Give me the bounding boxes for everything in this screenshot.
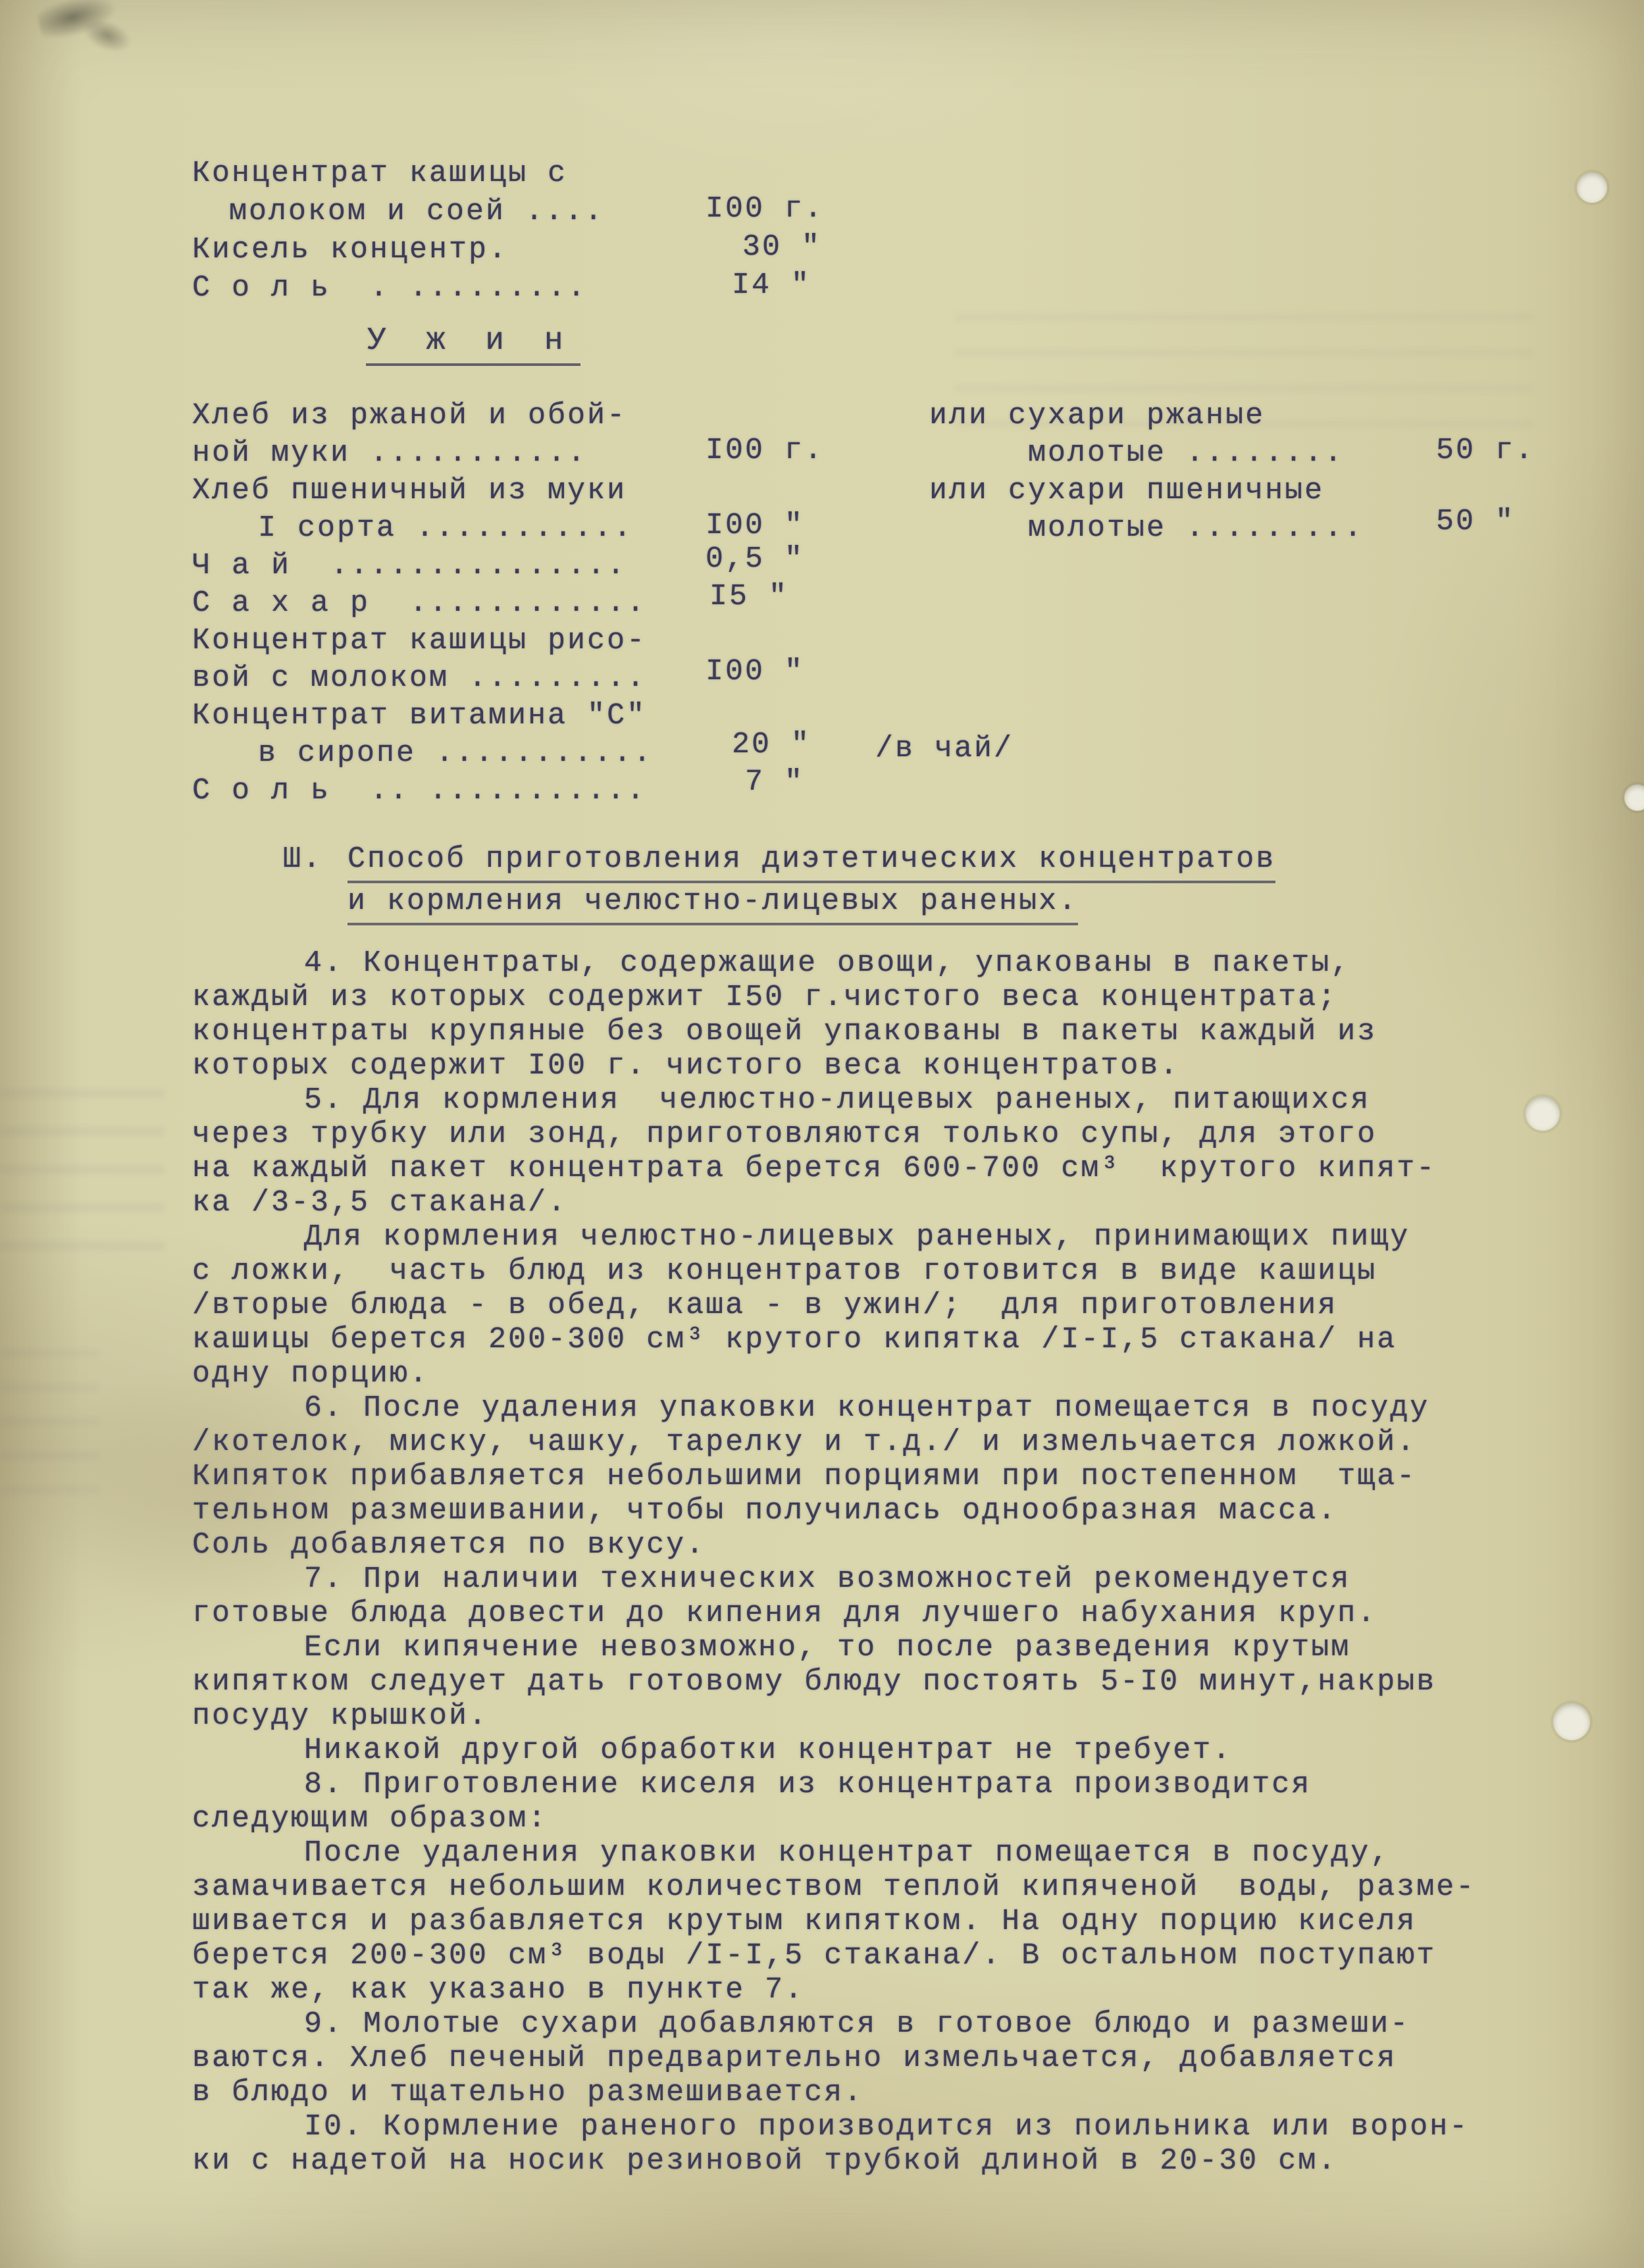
ration-value: 50 " [1436, 505, 1515, 539]
paragraph-line: Никакой другой обработки концентрат не т… [192, 1734, 1614, 1768]
paragraph-line: /вторые блюда - в обед, каша - в ужин/; … [192, 1289, 1614, 1323]
paragraph-line: так же, как указано в пункте 7. [192, 1973, 1614, 2007]
section-title-line: и кормления челюстно-лицевых раненых. [347, 885, 1078, 925]
paragraph-line: 8. Приготовление киселя из концентрата п… [192, 1768, 1614, 1802]
paragraph-line: берется 200-300 см³ воды /I-I,5 стакана/… [192, 1939, 1614, 1973]
paragraph-line: шивается и разбавляется крутым кипятком.… [192, 1905, 1614, 1939]
paragraph-line: Кипяток прибавляется небольшими порциями… [192, 1460, 1614, 1494]
paragraph-line: ки с надетой на носик резиновой трубкой … [192, 2144, 1614, 2178]
paragraph-line: каждый из которых содержит I50 г.чистого… [192, 981, 1614, 1015]
ration-line: С а х а р ............ [192, 586, 646, 621]
ration-line: I сорта ........... [258, 511, 633, 546]
supper-heading: У ж и н [366, 324, 580, 366]
ration-line: или сухари пшеничные [929, 474, 1324, 508]
paragraph: 7. При наличии технических возможностей … [192, 1562, 1614, 1631]
paragraph-line: концентраты крупяные без овощей упакован… [192, 1015, 1614, 1049]
paragraph-line: 4. Концентраты, содержащие овощи, упаков… [192, 946, 1614, 981]
paragraph-line: 9. Молотые сухари добавляются в готовое … [192, 2007, 1614, 2042]
paragraph: Никакой другой обработки концентрат не т… [192, 1734, 1614, 1768]
ration-line: ной муки ........... [192, 436, 587, 471]
paragraph: После удаления упаковки концентрат помещ… [192, 1836, 1614, 2007]
ration-value: 20 " [732, 728, 811, 762]
ration-line: вой с молоком ......... [192, 661, 646, 696]
bleedthrough-smudge [0, 1066, 165, 1250]
paragraph-line: ваются. Хлеб печеный предварительно изме… [192, 2042, 1614, 2076]
paragraph-line: следующим образом: [192, 1802, 1614, 1836]
ration-value: 30 " [742, 230, 821, 265]
ration-line: молоком и соей .... [229, 195, 604, 229]
paragraph-line: готовые блюда довести до кипения для луч… [192, 1597, 1614, 1631]
ration-note: /в чай/ [875, 732, 1014, 766]
paragraph-line: Если кипячение невозможно, то после разв… [192, 1631, 1614, 1665]
scanned-document-page: Концентрат кашицы с молоком и соей .... … [0, 0, 1644, 2268]
ration-value: 7 " [745, 765, 804, 800]
paragraph: Если кипячение невозможно, то после разв… [192, 1631, 1614, 1734]
paragraph-line: I0. Кормление раненого производится из п… [192, 2110, 1614, 2144]
paragraph-line: на каждый пакет концентрата берется 600-… [192, 1152, 1614, 1186]
ration-value: 50 г. [1436, 434, 1535, 468]
paragraph: I0. Кормление раненого производится из п… [192, 2110, 1614, 2178]
ration-value: 0,5 " [706, 542, 804, 577]
paragraph: Для кормления челюстно-лицевых раненых, … [192, 1220, 1614, 1391]
section-title-line: Способ приготовления диэтетических конце… [347, 842, 1275, 883]
ration-value: I4 " [732, 269, 811, 303]
ration-value: I00 " [706, 655, 804, 689]
ration-line: молотые ........ [1028, 436, 1344, 471]
paragraph-line: с ложки, часть блюд из концентратов гото… [192, 1254, 1614, 1289]
paragraph: 6. После удаления упаковки концентрат по… [192, 1391, 1614, 1562]
ration-value: I00 г. [706, 192, 824, 226]
section-number: Ш. [283, 842, 322, 877]
ration-line: молотые ......... [1028, 511, 1364, 546]
paragraph-line: 6. После удаления упаковки концентрат по… [192, 1391, 1614, 1426]
ration-line: С о л ь .. ........... [192, 774, 646, 808]
punch-hole [1577, 172, 1607, 203]
paragraph: 5. Для кормления челюстно-лицевых ранены… [192, 1083, 1614, 1220]
ration-line: Концентрат кашицы рисо- [192, 624, 646, 658]
paragraph-line: После удаления упаковки концентрат помещ… [192, 1836, 1614, 1870]
paragraph-line: /котелок, миску, чашку, тарелку и т.д./ … [192, 1426, 1614, 1460]
ration-line: в сиропе ........... [258, 736, 653, 771]
paragraph-line: в блюдо и тщательно размешивается. [192, 2076, 1614, 2110]
paragraph-line: замачивается небольшим количеством тепло… [192, 1870, 1614, 1905]
ration-value: I00 г. [706, 434, 824, 468]
paragraph-line: посуду крышкой. [192, 1699, 1614, 1734]
paragraph: 9. Молотые сухари добавляются в готовое … [192, 2007, 1614, 2110]
paragraph-line: кипятком следует дать готовому блюду пос… [192, 1665, 1614, 1699]
paragraph-line: тельном размешивании, чтобы получилась о… [192, 1494, 1614, 1528]
bleedthrough-smudge [0, 1343, 99, 1494]
ration-line: Концентрат витамина "С" [192, 699, 646, 733]
ration-line: Концентрат кашицы с [192, 157, 567, 191]
ration-line: или сухари ржаные [929, 399, 1265, 433]
paragraph: 4. Концентраты, содержащие овощи, упаков… [192, 946, 1614, 1083]
ration-value: I00 " [706, 509, 804, 543]
paragraph-line: кашицы берется 200-300 см³ крутого кипят… [192, 1323, 1614, 1357]
ration-line: Ч а й ............... [192, 549, 627, 583]
paragraph-line: через трубку или зонд, приготовляются то… [192, 1118, 1614, 1152]
ration-line: С о л ь . ......... [192, 271, 587, 305]
paragraph-line: которых содержит I00 г. чистого веса кон… [192, 1049, 1614, 1083]
paragraph-line: ка /3-3,5 стакана/. [192, 1186, 1614, 1220]
ration-line: Хлеб пшеничный из муки [192, 474, 627, 508]
punch-hole [1624, 785, 1644, 811]
ink-smudge [74, 9, 141, 63]
ration-value: I5 " [709, 580, 788, 614]
instructions-section: 4. Концентраты, содержащие овощи, упаков… [192, 946, 1614, 2178]
paragraph-line: одну порцию. [192, 1357, 1614, 1391]
ration-line: Хлеб из ржаной и обой- [192, 399, 627, 433]
paragraph-line: 5. Для кормления челюстно-лицевых ранены… [192, 1083, 1614, 1118]
ration-line: Кисель концентр. [192, 233, 508, 267]
paragraph: 8. Приготовление киселя из концентрата п… [192, 1768, 1614, 1836]
paragraph-line: Для кормления челюстно-лицевых раненых, … [192, 1220, 1614, 1254]
paragraph-line: Соль добавляется по вкусу. [192, 1528, 1614, 1562]
paragraph-line: 7. При наличии технических возможностей … [192, 1562, 1614, 1597]
